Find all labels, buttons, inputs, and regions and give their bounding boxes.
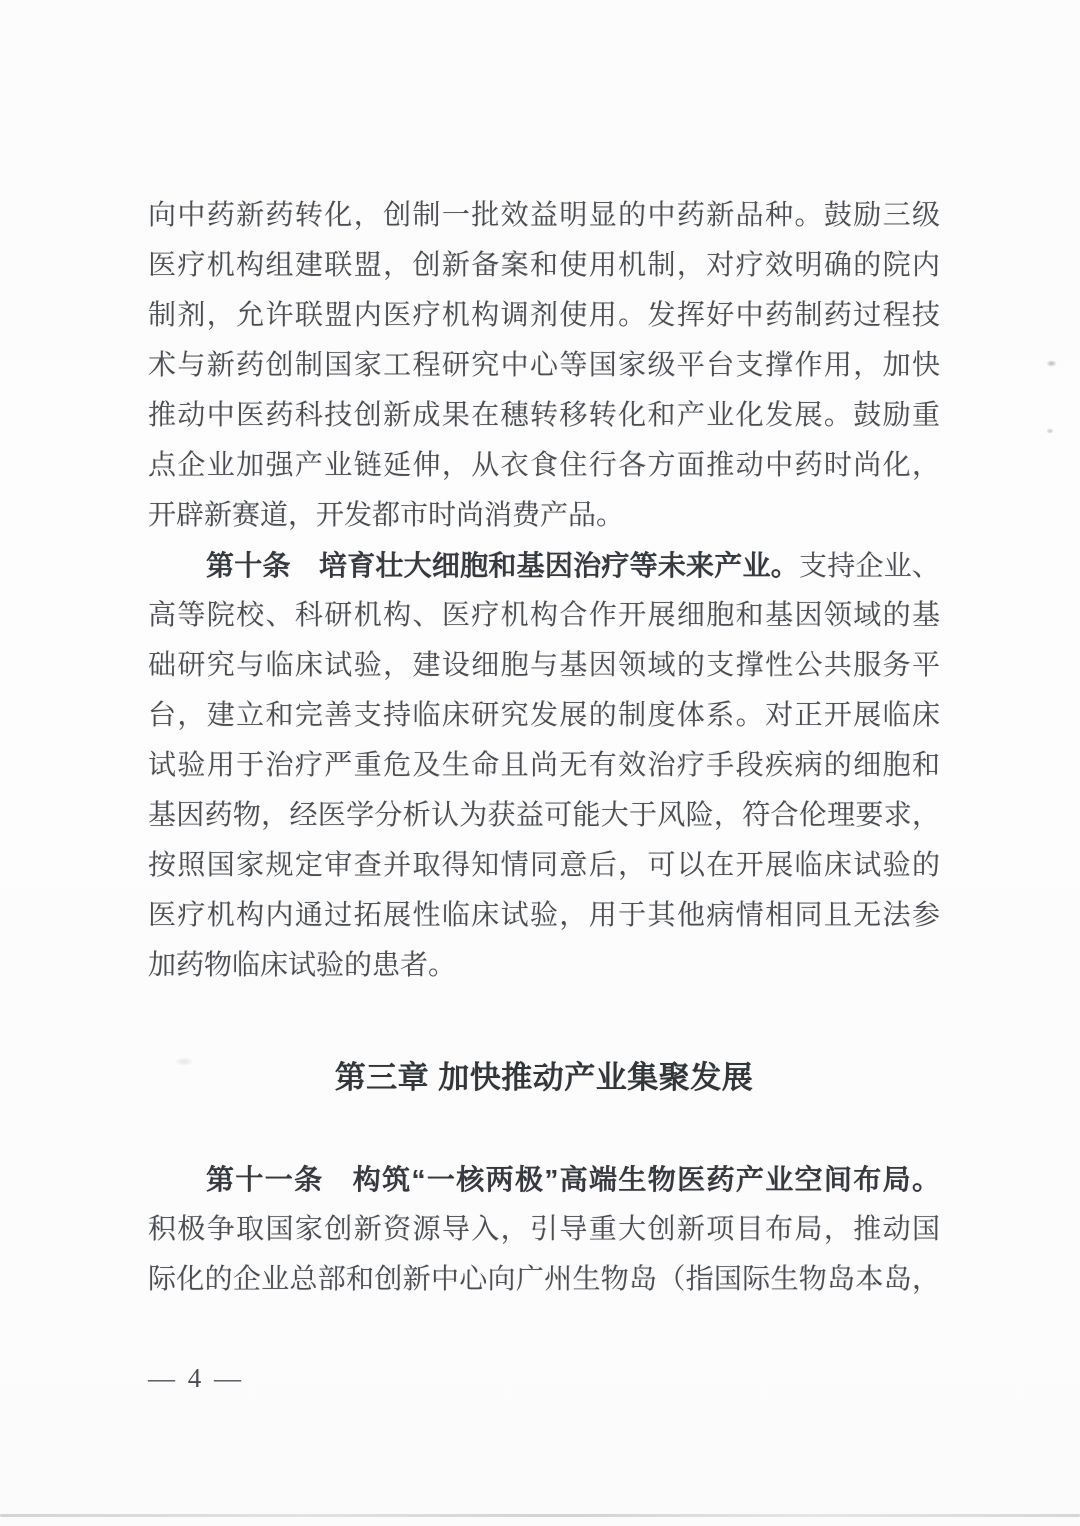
scan-artifact-speck xyxy=(1046,360,1057,367)
page-number: — 4 — xyxy=(148,1353,244,1403)
body-text-line: 推动中医药科技创新成果在穗转移转化和产业化发展。鼓励重 xyxy=(148,391,940,441)
body-text-line: 术与新药创制国家工程研究中心等国家级平台支撑作用，加快 xyxy=(148,341,940,391)
body-text-line: 际化的企业总部和创新中心向广州生物岛（指国际生物岛本岛， xyxy=(148,1255,940,1305)
body-text-line: 向中药新药转化，创制一批效益明显的中药新品种。鼓励三级 xyxy=(148,191,940,241)
body-text-line: 基因药物，经医学分析认为获益可能大于风险，符合伦理要求， xyxy=(148,791,940,841)
scan-artifact-smudge xyxy=(174,1057,194,1066)
body-text-line: 础研究与临床试验，建设细胞与基因领域的支撑性公共服务平 xyxy=(148,641,940,691)
article-10-lead-text: 支持企业、 xyxy=(799,551,940,582)
scanned-document-page: 向中药新药转化，创制一批效益明显的中药新品种。鼓励三级 医疗机构组建联盟，创新备… xyxy=(0,0,1080,1526)
body-text-line: 积极争取国家创新资源导入，引导重大创新项目布局，推动国 xyxy=(148,1205,940,1255)
scan-artifact-speck xyxy=(1046,428,1054,434)
chapter-heading: 第三章 加快推动产业集聚发展 xyxy=(148,1053,940,1103)
body-text-line: 试验用于治疗严重危及生命且尚无有效治疗手段疾病的细胞和 xyxy=(148,741,940,791)
article-11-title: 第十一条 构筑“一核两极”高端生物医药产业空间布局。 xyxy=(206,1164,940,1195)
body-text-line: 制剂，允许联盟内医疗机构调剂使用。发挥好中药制药过程技 xyxy=(148,291,940,341)
scan-edge-line xyxy=(0,1514,1080,1517)
document-body: 向中药新药转化，创制一批效益明显的中药新品种。鼓励三级 医疗机构组建联盟，创新备… xyxy=(148,191,940,1305)
body-text-line: 开辟新赛道，开发都市时尚消费产品。 xyxy=(148,491,940,541)
body-text-line: 台，建立和完善支持临床研究发展的制度体系。对正开展临床 xyxy=(148,691,940,741)
body-text-line: 医疗机构组建联盟，创新备案和使用机制，对疗效明确的院内 xyxy=(148,241,940,291)
article-10-first-line: 第十条 培育壮大细胞和基因治疗等未来产业。支持企业、 xyxy=(148,541,940,591)
body-text-line: 按照国家规定审查并取得知情同意后，可以在开展临床试验的 xyxy=(148,841,940,891)
body-text-line: 加药物临床试验的患者。 xyxy=(148,941,940,991)
body-text-line: 医疗机构内通过拓展性临床试验，用于其他病情相同且无法参 xyxy=(148,891,940,941)
article-11-first-line: 第十一条 构筑“一核两极”高端生物医药产业空间布局。 xyxy=(148,1155,940,1205)
body-text-line: 高等院校、科研机构、医疗机构合作开展细胞和基因领域的基 xyxy=(148,591,940,641)
article-10-title: 第十条 培育壮大细胞和基因治疗等未来产业。 xyxy=(206,550,799,581)
body-text-line: 点企业加强产业链延伸，从衣食住行各方面推动中药时尚化， xyxy=(148,441,940,491)
